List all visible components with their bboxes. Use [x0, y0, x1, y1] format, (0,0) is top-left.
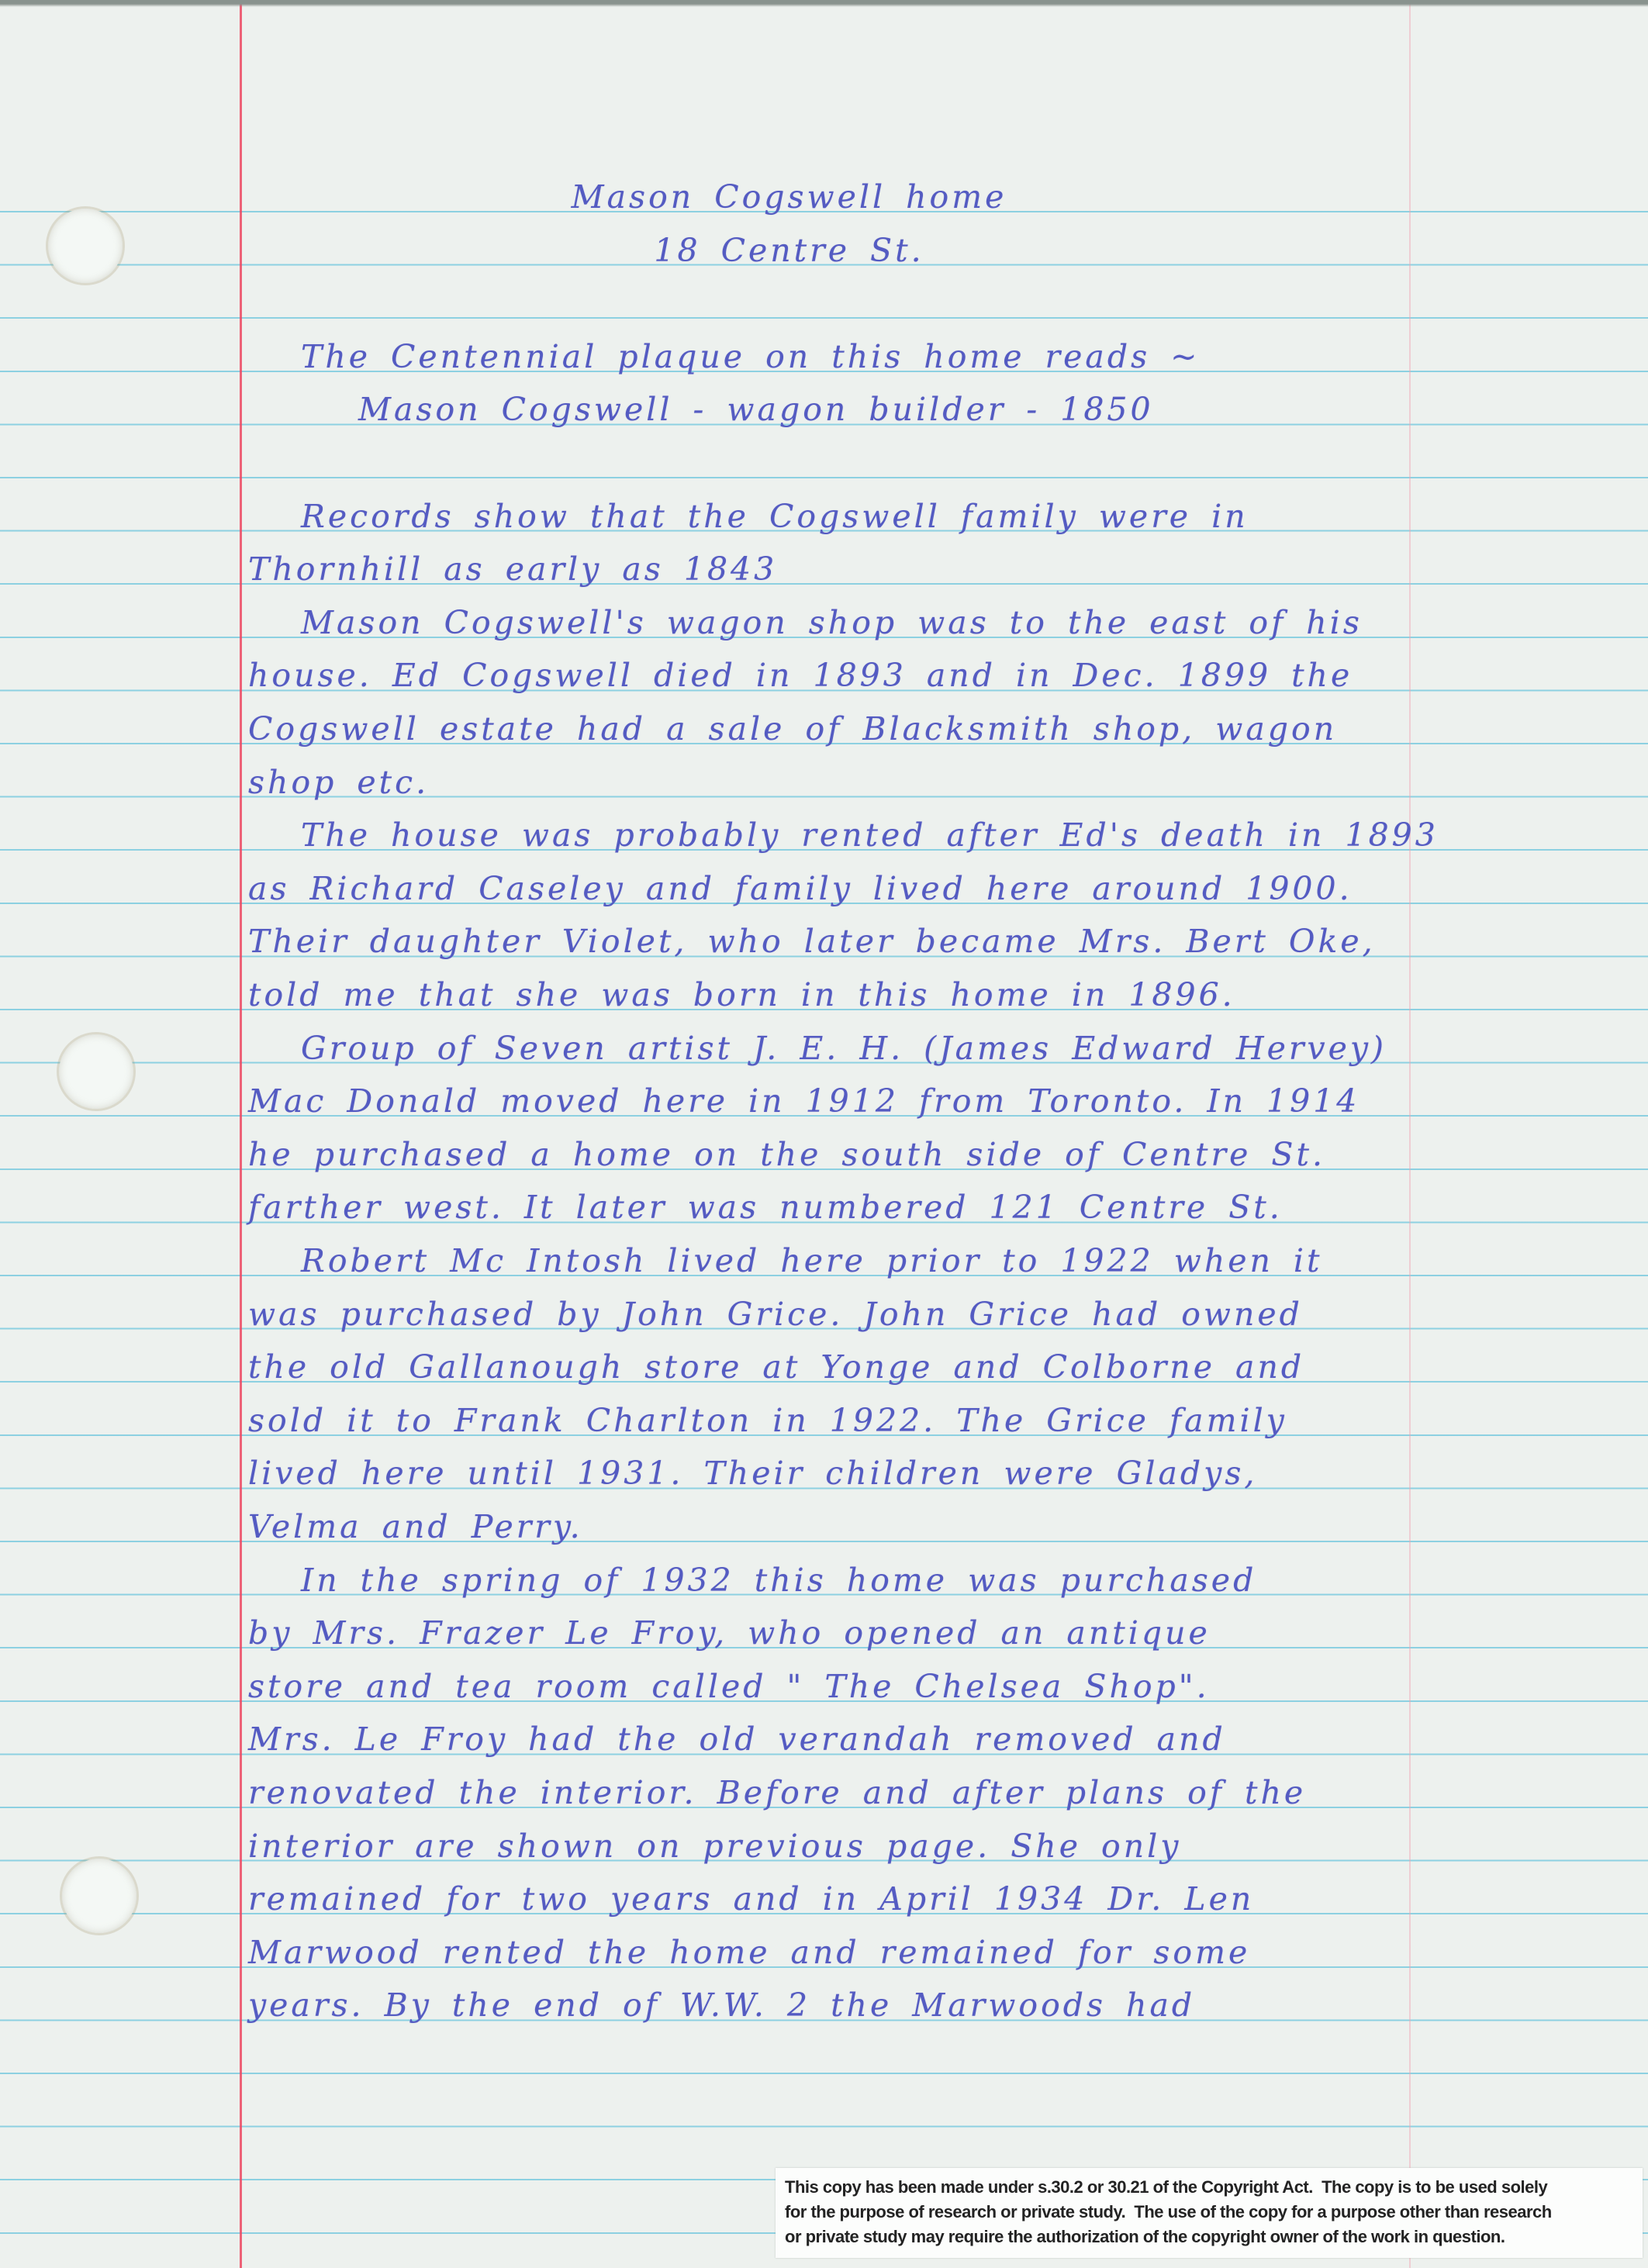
- handwritten-line: Mrs. Le Froy had the old verandah remove…: [248, 1719, 1226, 1759]
- handwritten-line: Cogswell estate had a sale of Blacksmith…: [248, 709, 1337, 749]
- copyright-stamp-text: This copy has been made under s.30.2 or …: [785, 2175, 1633, 2249]
- handwritten-line: Records show that the Cogswell family we…: [301, 496, 1249, 537]
- copyright-stamp-line: This copy has been made under s.30.2 or …: [785, 2175, 1633, 2200]
- handwritten-line: The Centennial plaque on this home reads…: [301, 337, 1201, 377]
- handwritten-line: by Mrs. Frazer Le Froy, who opened an an…: [248, 1613, 1211, 1653]
- handwritten-line: farther west. It later was numbered 121 …: [248, 1187, 1283, 1227]
- handwritten-line: The house was probably rented after Ed's…: [301, 815, 1439, 855]
- handwritten-line: was purchased by John Grice. John Grice …: [248, 1294, 1303, 1334]
- handwritten-line: Marwood rented the home and remained for…: [248, 1932, 1250, 1973]
- handwritten-line: store and tea room called " The Chelsea …: [248, 1666, 1210, 1707]
- handwritten-line: 18 Centre St.: [0, 230, 1578, 271]
- handwritten-line: remained for two years and in April 1934…: [248, 1879, 1254, 1919]
- handwritten-line: sold it to Frank Charlton in 1922. The G…: [248, 1400, 1287, 1441]
- handwritten-line: house. Ed Cogswell died in 1893 and in D…: [248, 655, 1353, 696]
- handwritten-line: the old Gallanough store at Yonge and Co…: [248, 1347, 1304, 1387]
- handwritten-line: as Richard Caseley and family lived here…: [248, 868, 1353, 909]
- handwritten-text: Mason Cogswell home18 Centre St.The Cent…: [0, 0, 1648, 2268]
- copyright-stamp-line: or private study may require the authori…: [785, 2225, 1633, 2249]
- handwritten-line: Robert Mc Intosh lived here prior to 192…: [301, 1241, 1323, 1281]
- handwritten-line: Mac Donald moved here in 1912 from Toron…: [248, 1081, 1360, 1121]
- copyright-stamp: This copy has been made under s.30.2 or …: [776, 2168, 1643, 2258]
- handwritten-line: he purchased a home on the south side of…: [248, 1134, 1325, 1175]
- handwritten-line: told me that she was born in this home i…: [248, 975, 1235, 1015]
- notebook-page: Mason Cogswell home18 Centre St.The Cent…: [0, 0, 1648, 2268]
- handwritten-line: Velma and Perry.: [248, 1507, 583, 1547]
- handwritten-line: Mason Cogswell home: [0, 177, 1578, 217]
- handwritten-line: years. By the end of W.W. 2 the Marwoods…: [248, 1985, 1195, 2025]
- handwritten-line: Group of Seven artist J. E. H. (James Ed…: [301, 1028, 1387, 1068]
- handwritten-line: Thornhill as early as 1843: [248, 549, 777, 589]
- handwritten-line: renovated the interior. Before and after…: [248, 1773, 1306, 1813]
- handwritten-line: Mason Cogswell's wagon shop was to the e…: [301, 602, 1363, 643]
- copyright-stamp-line: for the purpose of research or private s…: [785, 2200, 1633, 2225]
- handwritten-line: interior are shown on previous page. She…: [248, 1826, 1181, 1866]
- handwritten-line: shop etc.: [248, 762, 429, 803]
- handwritten-line: Mason Cogswell - wagon builder - 1850: [358, 389, 1154, 430]
- handwritten-line: In the spring of 1932 this home was purc…: [301, 1560, 1256, 1600]
- handwritten-line: lived here until 1931. Their children we…: [248, 1453, 1257, 1493]
- handwritten-line: Their daughter Violet, who later became …: [248, 921, 1376, 961]
